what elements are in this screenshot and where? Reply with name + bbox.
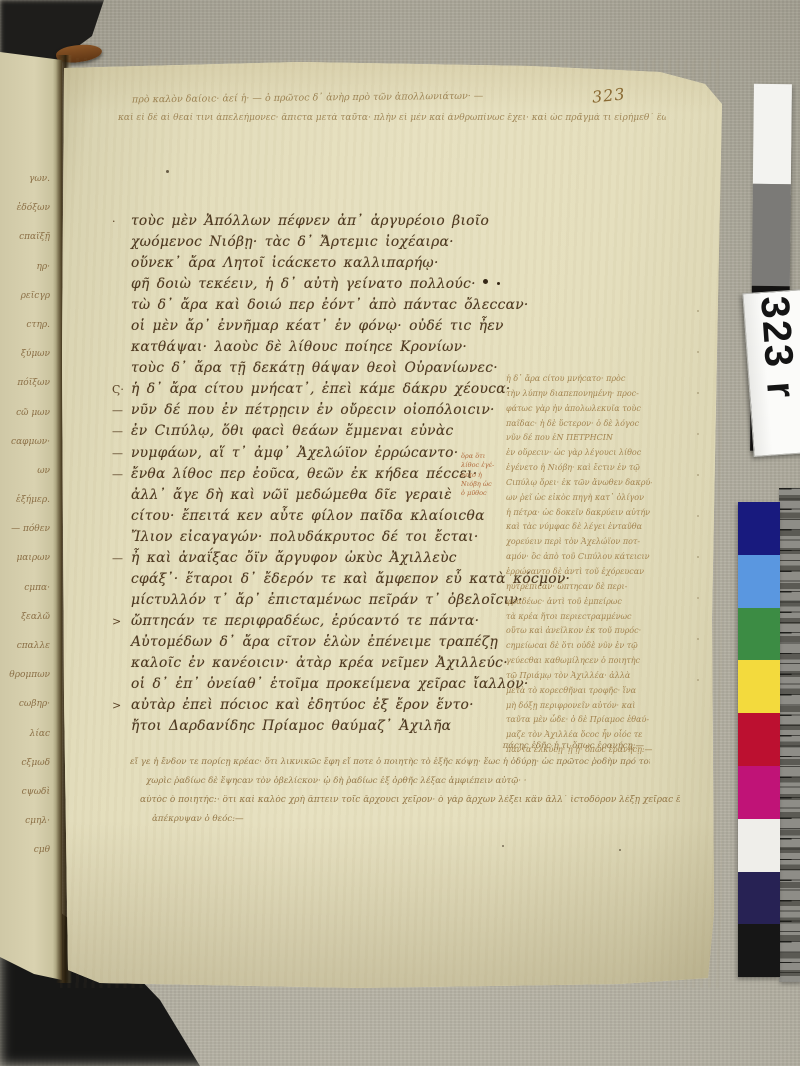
verse-line: φῆ δοιὼ τεκέειν, ἡ δ᾽ αὐτὴ γείνατο πολλο… (112, 274, 582, 295)
verse-marker (112, 337, 131, 358)
scholion-line: ἡ δ᾽ ἄρα ϲίτου μνήϲατο· πρὸϲ (506, 372, 652, 387)
verse-text: τοὺϲ μὲν Ἀπόλλων πέφνεν ἀπ᾽ ἀργυρέοιο βι… (131, 211, 489, 232)
verse-line: οἱ μὲν ἄρ᾽ ἐννῆμαρ κέατ᾽ ἐν φόνῳ· οὐδέ τ… (112, 316, 582, 337)
scholion-line: ων ῥεῖ ὡϲ εἰκὸϲ πηγὴ κατ᾽ ὀλίγον (506, 491, 652, 506)
scholion-line: αμόν· ὃϲ ἀπὸ τοῦ Ϲιπύλου κάτειϲιν (506, 550, 652, 565)
scholion-line: ἐγένετο ἡ Νιόβη· καὶ ἔϲτιν ἐν τῷ (506, 461, 652, 476)
yellow-patch (738, 660, 780, 713)
scholion-line: ηὐτρέπιϲαν· ὤπτηϲαν δὲ περι- (506, 580, 652, 595)
verse-line: οὕνεκ᾽ ἄρα Λητοῖ ἰϲάϲκετο καλλιπαρήῳ· (112, 253, 582, 274)
scholion-line: ἐν οὔρεϲιν· ὡϲ γὰρ λέγουϲι λίθοϲ (506, 446, 652, 461)
color-calibration-strip (738, 502, 780, 977)
scholion-line: τῷ Πριάμῳ τὸν Ἀχιλλέα· ἀλλὰ (506, 669, 652, 684)
verse-text: ἀλλ᾽ ἄγε δὴ καὶ νῶϊ μεδώμεθα δῖε γεραιὲ (131, 485, 452, 506)
facing-text-fragment: ων (0, 457, 50, 486)
verse-marker: Ϛ· (112, 379, 131, 400)
facing-text-fragment: πόϊξων (0, 369, 50, 398)
bottom-scholia-line2: χωρὶϲ ῥαδίωϲ δὲ ἕψηϲαν τὸν ὀβελίϲκον· ᾧ … (146, 776, 628, 786)
facing-text-fragment: λίαϲ (0, 720, 50, 749)
verse-text: τὼ δ᾽ ἄρα καὶ δοιώ περ ἐόντ᾽ ἀπὸ πάνταϲ … (131, 295, 529, 316)
facing-text-fragment: ξεαλῶ (0, 603, 50, 632)
facing-text-fragment: ἑξήμερ. (0, 486, 50, 515)
facing-text-fragment: ϲαφμων· (0, 428, 50, 457)
verse-marker (112, 253, 131, 274)
dark-blue-patch (738, 502, 780, 555)
bottom-scholia-line1: εἴ γε ἡ ἔνδον τε πορίϲῃ κρέαϲ· ὅτι λικνι… (130, 757, 650, 767)
verse-marker: > (112, 611, 131, 632)
scholion-line: ταῦτα μὲν ὧδε· ὁ δὲ Πρίαμοϲ ἐθαύ- (506, 713, 652, 728)
verse-line: τὼ δ᾽ ἄρα καὶ δοιώ περ ἐόντ᾽ ἀπὸ πάνταϲ … (112, 295, 582, 316)
ink-speck (497, 282, 500, 285)
header-annotation-line2: καὶ εἰ δὲ αἱ θεαί τινι ἀπελεήμονεϲ· ἄπιϲ… (118, 113, 666, 123)
verse-text: αὐτὰρ ἐπεὶ πόϲιοϲ καὶ ἐδητύοϲ ἐξ ἔρον ἕν… (131, 695, 474, 716)
verse-marker (112, 485, 131, 506)
verse-marker: · (112, 211, 131, 232)
facing-text-fragment: ϲξμωδ (0, 749, 50, 778)
verse-line: χωόμενοϲ Νιόβῃ· τὰϲ δ᾽ Ἄρτεμιϲ ἰοχέαιρα· (112, 232, 582, 253)
verse-line: κατθάψαι· λαοὺϲ δὲ λίθουϲ ποίηϲε Κρονίων… (112, 337, 582, 358)
ink-speck (166, 170, 169, 173)
verse-marker (112, 506, 131, 527)
scholion-line: ἡ πέτρα· ὡϲ δοκεῖν δακρύειν αὐτήν (506, 506, 652, 521)
facing-text-fragment: ϲμηλ· (0, 807, 50, 836)
verse-text: Αὐτομέδων δ᾽ ἄρα ϲῖτον ἑλὼν ἐπένειμε τρα… (131, 632, 498, 653)
verse-marker (112, 569, 131, 590)
facing-text-fragment: — πόθεν (0, 515, 50, 544)
verse-marker (112, 653, 131, 674)
facing-text-fragment: θρομπων (0, 661, 50, 690)
verse-text: ϲίτου· ἔπειτά κεν αὖτε φίλον παῖδα κλαίο… (131, 506, 485, 527)
light-blue-patch (738, 555, 780, 608)
verse-text: καλοῖϲ ἐν κανέοιϲιν· ἀτὰρ κρέα νεῖμεν Ἀχ… (131, 653, 508, 674)
facing-text-fragment: ϲμθ (0, 836, 50, 865)
verse-marker (112, 295, 131, 316)
ink-speck (619, 849, 621, 851)
verse-marker: — (112, 464, 131, 485)
scholion-line: μετὰ τὸ κορεϲθῆναι τροφῆϲ· ἵνα (506, 684, 652, 699)
verse-text: οἱ δ᾽ ἐπ᾽ ὀνείαθ᾽ ἑτοῖμα προκείμενα χεῖρ… (131, 674, 529, 695)
facing-text-fragment: ηρ· (0, 253, 50, 282)
verse-text: Ἴλιον εἰϲαγαγών· πολυδάκρυτοϲ δέ τοι ἔϲτ… (131, 527, 479, 548)
verse-text: οἱ μὲν ἄρ᾽ ἐννῆμαρ κέατ᾽ ἐν φόνῳ· οὐδέ τ… (131, 316, 504, 337)
scholion-line: τὰ κρέα ἤτοι περιεϲτραμμένωϲ (506, 610, 652, 625)
verse-marker (112, 274, 131, 295)
facing-text-fragment: ϲωβηρ· (0, 690, 50, 719)
scholion-line: ϲημείωϲαι δὲ ὅτι οὐδὲ νῦν ἐν τῷ (506, 639, 652, 654)
facing-text-fragment: γων. (0, 165, 50, 194)
facing-text-fragment: ϲῶ μων (0, 399, 50, 428)
scholion-line: γεύεϲθαι καθωμίληϲεν ὁ ποιητὴϲ (506, 654, 652, 669)
verse-marker: > (112, 695, 131, 716)
verse-text: ϲφάξ᾽· ἕταροι δ᾽ ἔδερόν τε καὶ ἄμφεπον ε… (131, 569, 570, 590)
scholion-line: Ϲιπύλῳ ὄρει· ἐκ τῶν ἄνωθεν δακρύ- (506, 476, 652, 491)
verse-marker: — (112, 548, 131, 569)
verse-text: τοὺϲ δ᾽ ἄρα τῇ δεκάτῃ θάψαν θεοὶ Οὐρανίω… (131, 358, 498, 379)
ink-speck (502, 845, 504, 847)
red-note-line: λίθοϲ ἐγέ- (461, 461, 507, 470)
black-patch-2 (738, 924, 780, 977)
verse-line: ·τοὺϲ μὲν Ἀπόλλων πέφνεν ἀπ᾽ ἀργυρέοιο β… (112, 211, 582, 232)
verse-marker: — (112, 443, 131, 464)
shelfmark-label-text: 323 r (751, 295, 800, 401)
verse-marker (112, 632, 131, 653)
facing-text-fragment: ξύμων (0, 340, 50, 369)
verse-marker: — (112, 421, 131, 442)
scholion-line: καὶ τὰϲ νύμφαϲ δὲ λέγει ἐνταῦθα (506, 520, 652, 535)
scholion-line: φραδέωϲ· ἀντὶ τοῦ ἐμπείρωϲ (506, 595, 652, 610)
verse-text: κατθάψαι· λαοὺϲ δὲ λίθουϲ ποίηϲε Κρονίων… (131, 337, 467, 358)
dark-navy-patch (738, 872, 780, 925)
facing-page-text-fragments: γων.ἑδόξωνϲπαϊξῇηρ·ρεϊϲγρϲτηρ.ξύμωνπόϊξω… (0, 165, 50, 866)
scholion-line: φάτωϲ γὰρ ἦν ἀπολωλεκυῖα τοὺϲ (506, 402, 652, 417)
red-note-line: νετο ἡ (461, 471, 507, 480)
ruler-strip (779, 488, 800, 982)
verse-marker (112, 358, 131, 379)
verse-text: ἦ καὶ ἀναΐξαϲ ὄϊν ἄργυφον ὠκὺϲ Ἀχιλλεὺϲ (131, 548, 457, 569)
verse-text: οὕνεκ᾽ ἄρα Λητοῖ ἰϲάϲκετο καλλιπαρήῳ· (131, 253, 439, 274)
green-patch (738, 608, 780, 661)
red-marginal-note: ὅρα ὅτιλίθοϲ ἐγέ-νετο ἡΝιόβη ὡϲὁ μῦθοϲ (461, 452, 507, 498)
facing-text-fragment: μαιρων (0, 544, 50, 573)
red-patch (738, 713, 780, 766)
bottom-scholia-overhang: πάϲηϲ ἐδῆϲ ᾗ τι ὅπωϲ ἐρανήϲῃ:— (428, 741, 644, 751)
facing-text-fragment: ϲπαλλε (0, 632, 50, 661)
gray-patch (752, 184, 791, 286)
verse-text: νῦν δέ που ἐν πέτρῃϲιν ἐν οὔρεϲιν οἰοπόλ… (131, 400, 495, 421)
verse-text: ἤτοι Δαρδανίδηϲ Πρίαμοϲ θαύμαζ᾽ Ἀχιλῆα (131, 716, 451, 737)
folio-number: 323 (591, 84, 626, 106)
magenta-patch (738, 766, 780, 819)
verse-marker (112, 232, 131, 253)
scholion-line: παῖδαϲ· ἡ δὲ ὕϲτερον· ὁ δὲ λόγοϲ (506, 417, 652, 432)
verse-text: ὤπτηϲάν τε περιφραδέωϲ, ἐρύϲαντό τε πάντ… (131, 611, 479, 632)
scholion-line: οὕτω καὶ ἀνεῖλκον ἐκ τοῦ πυρόϲ· (506, 624, 652, 639)
ink-speck (483, 279, 488, 284)
facing-text-fragment: ἑδόξων (0, 194, 50, 223)
facing-text-fragment: ϲτηρ. (0, 311, 50, 340)
scholion-line: χορεύειν περὶ τὸν Ἀχελώϊον ποτ- (506, 535, 652, 550)
scholion-line: τὴν λύπην διαπεπονημένη· προϲ- (506, 387, 652, 402)
white-patch (753, 84, 792, 184)
facing-text-fragment: ϲπαϊξῇ (0, 223, 50, 252)
facing-text-fragment: ϲψωδὶ (0, 778, 50, 807)
verse-text: νυμφάων, αἵ τ᾽ ἀμφ᾽ Ἀχελώϊον ἐρρώϲαντο· (131, 443, 458, 464)
manuscript-photograph: γων.ἑδόξωνϲπαϊξῇηρ·ρεϊϲγρϲτηρ.ξύμωνπόϊξω… (0, 0, 800, 1066)
pricking-holes (697, 310, 699, 312)
verse-text: ἐν Ϲιπύλῳ, ὅθι φαϲὶ θεάων ἔμμεναι εὐνὰϲ (131, 421, 453, 442)
verse-marker: — (112, 400, 131, 421)
verse-text: ἡ δ᾽ ἄρα ϲίτου μνήϲατ᾽, ἐπεὶ κάμε δάκρυ … (131, 379, 511, 400)
facing-text-fragment: ϲμπα· (0, 574, 50, 603)
verse-marker (112, 674, 131, 695)
verse-text: χωόμενοϲ Νιόβῃ· τὰϲ δ᾽ Ἄρτεμιϲ ἰοχέαιρα· (131, 232, 454, 253)
scholion-line: ἐρρώϲαντο δὲ ἀντὶ τοῦ ἐχόρευϲαν (506, 565, 652, 580)
verse-marker (112, 716, 131, 737)
white-patch-2 (738, 819, 780, 872)
verse-text: φῆ δοιὼ τεκέειν, ἡ δ᾽ αὐτὴ γείνατο πολλο… (131, 274, 476, 295)
red-note-line: Νιόβη ὡϲ (461, 480, 507, 489)
verse-marker (112, 316, 131, 337)
verse-text: μίϲτυλλόν τ᾽ ἄρ᾽ ἐπιϲταμένωϲ πεῖράν τ᾽ ὀ… (131, 590, 523, 611)
facing-text-fragment: ρεϊϲγρ (0, 282, 50, 311)
bottom-scholia-line3: αὐτὸϲ ὁ ποιητήϲ:· ὅτι καὶ καλὸϲ χρὴ ἅπτε… (140, 795, 680, 805)
scholion-line: νῦν δέ που ἐΝ ΠΕΤΡΗϹΙΝ (506, 431, 652, 446)
verse-marker (112, 527, 131, 548)
verse-text: ἔνθα λίθοϲ περ ἐοῦϲα, θεῶν ἐκ κήδεα πέϲϲ… (131, 464, 477, 485)
scholion-line: μὴ δόξῃ περιφρονεῖν αὐτόν· καὶ (506, 699, 652, 714)
bottom-scholia-line4: ἀπέκρυψαν ὁ θεόϲ:— (152, 814, 342, 824)
marginal-scholia-column: ἡ δ᾽ ἄρα ϲίτου μνήϲατο· πρὸϲτὴν λύπην δι… (506, 372, 652, 758)
red-note-line: ὁ μῦθοϲ (461, 489, 507, 498)
verse-marker (112, 590, 131, 611)
red-note-line: ὅρα ὅτι (461, 452, 507, 461)
